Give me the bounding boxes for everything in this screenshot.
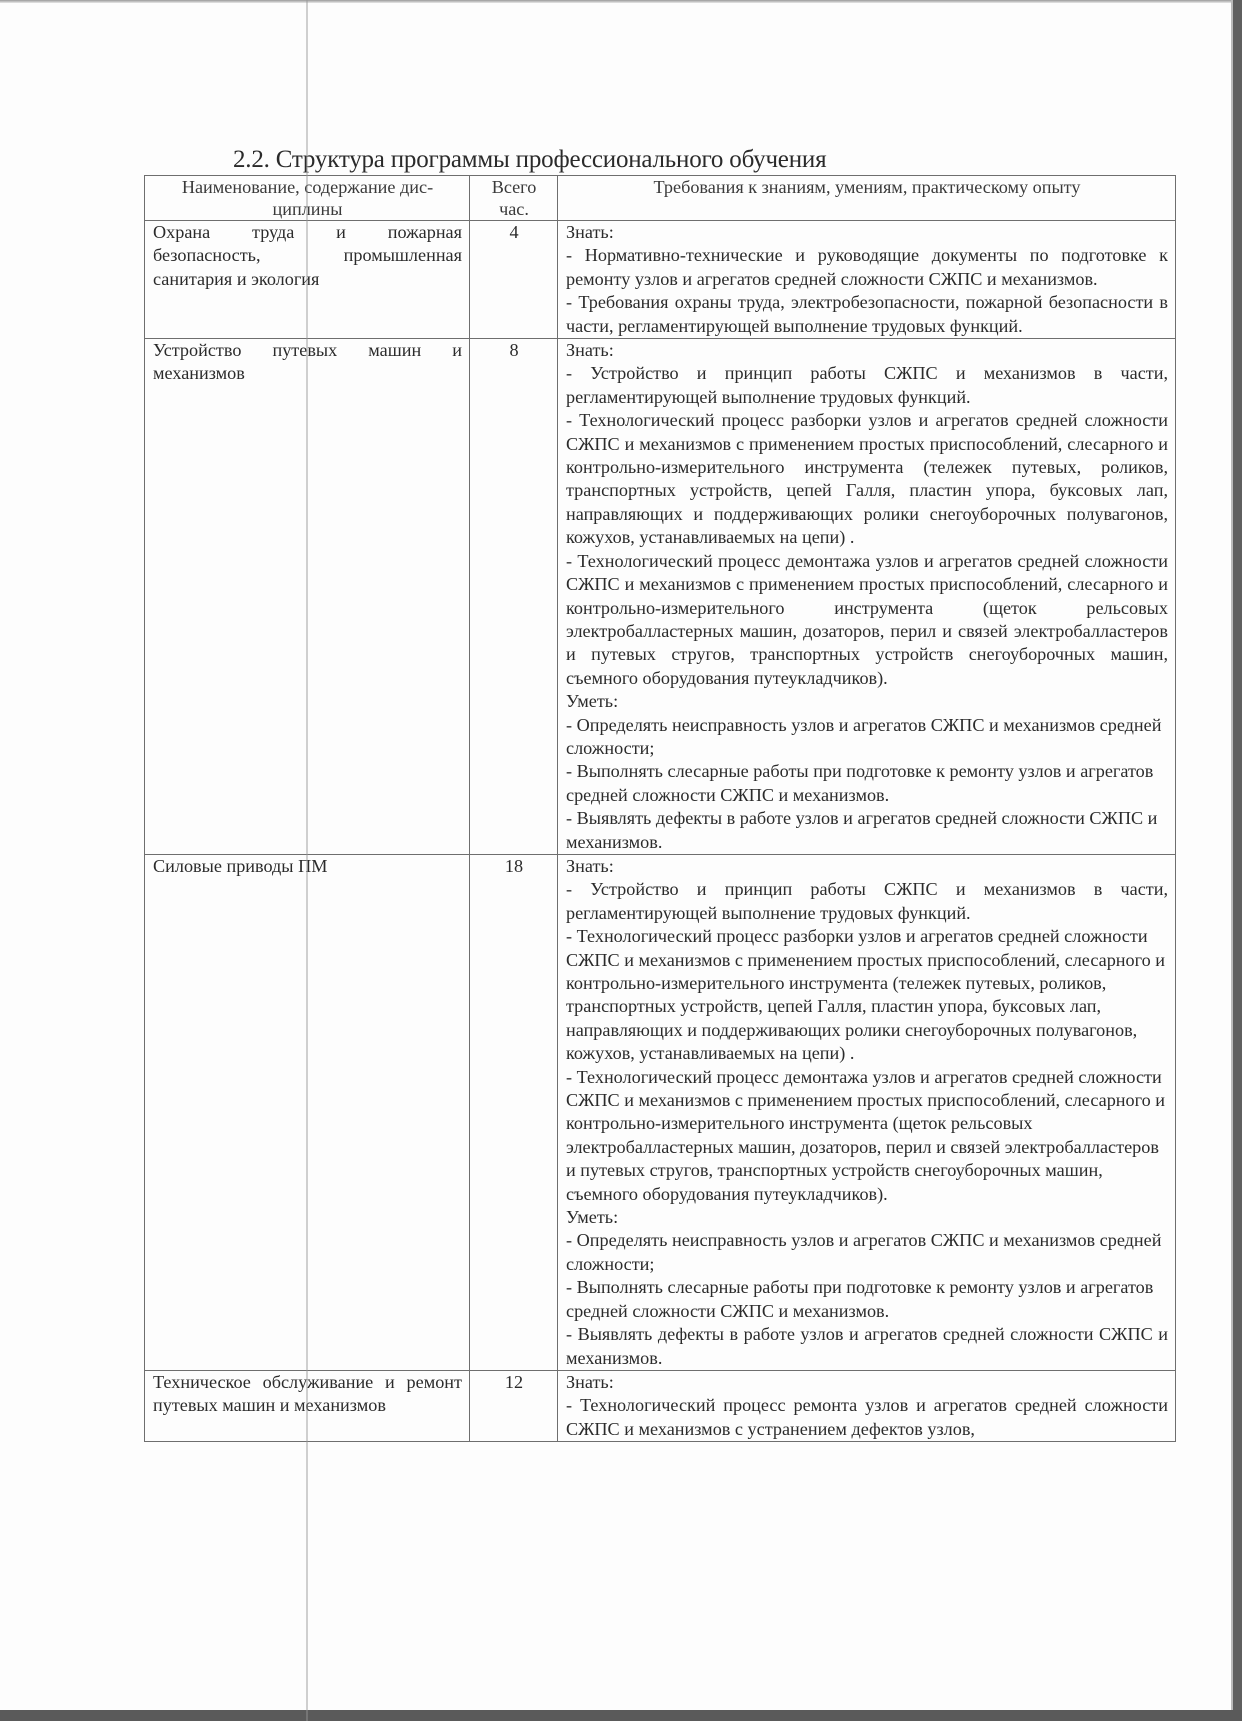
know-item: - Технологический процесс разборки узлов…: [566, 409, 1168, 549]
know-item: - Нормативно-технические и руководящие д…: [566, 244, 1168, 291]
header-hours: Всего час.: [470, 176, 558, 221]
know-item: - Технологический процесс демонтажа узло…: [566, 1066, 1168, 1206]
scan-edge-bottom: [0, 1710, 1242, 1721]
know-item: - Технологический процесс разборки узлов…: [566, 925, 1168, 1065]
know-item: - Технологический процесс демонтажа узло…: [566, 550, 1168, 690]
can-item: - Определять неисправность узлов и агрег…: [566, 714, 1168, 761]
know-item: - Устройство и принцип работы СЖПС и мех…: [566, 878, 1168, 925]
discipline-hours: 8: [470, 339, 558, 855]
can-item: - Выполнять слесарные работы при подгото…: [566, 760, 1168, 807]
table-row: Охрана труда и пожарная безопасность, пр…: [145, 221, 1176, 339]
discipline-name: Устройство путевых машин и механизмов: [145, 339, 470, 855]
know-label: Знать:: [566, 221, 1168, 244]
discipline-hours: 12: [470, 1370, 558, 1441]
can-label: Уметь:: [566, 690, 1168, 713]
scan-edge-top: [0, 0, 1242, 3]
can-item: - Определять неисправность узлов и агрег…: [566, 1229, 1168, 1276]
table-row: Устройство путевых машин и механизмов 8 …: [145, 339, 1176, 855]
requirements-cell: Знать: - Технологический процесс ремонта…: [558, 1370, 1176, 1441]
table-row: Техническое обслуживание и ремонт путевы…: [145, 1370, 1176, 1441]
discipline-hours: 4: [470, 221, 558, 339]
scanned-page: 2.2. Структура программы профессионально…: [0, 0, 1242, 1721]
know-label: Знать:: [566, 855, 1168, 878]
scan-edge-right: [1233, 0, 1242, 1721]
header-name: Наименование, содержание дис-циплины: [145, 176, 470, 221]
header-requirements: Требования к знаниям, умениям, практичес…: [558, 176, 1176, 221]
discipline-name: Охрана труда и пожарная безопасность, пр…: [145, 221, 470, 339]
requirements-cell: Знать: - Устройство и принцип работы СЖП…: [558, 339, 1176, 855]
know-item: - Устройство и принцип работы СЖПС и мех…: [566, 362, 1168, 409]
table-header-row: Наименование, содержание дис-циплины Все…: [145, 176, 1176, 221]
know-item: - Требования охраны труда, электробезопа…: [566, 291, 1168, 338]
discipline-name: Техническое обслуживание и ремонт путевы…: [145, 1370, 470, 1441]
section-title: 2.2. Структура программы профессионально…: [233, 146, 826, 174]
know-label: Знать:: [566, 1371, 1168, 1394]
table-row: Силовые приводы ПМ 18 Знать: - Устройств…: [145, 854, 1176, 1370]
can-label: Уметь:: [566, 1206, 1168, 1229]
discipline-hours: 18: [470, 854, 558, 1370]
discipline-name: Силовые приводы ПМ: [145, 854, 470, 1370]
can-item: - Выявлять дефекты в работе узлов и агре…: [566, 807, 1168, 854]
can-item: - Выполнять слесарные работы при подгото…: [566, 1276, 1168, 1323]
can-item: - Выявлять дефекты в работе узлов и агре…: [566, 1323, 1168, 1370]
know-label: Знать:: [566, 339, 1168, 362]
program-structure-table: Наименование, содержание дис-циплины Все…: [144, 175, 1176, 1442]
know-item: - Технологический процесс ремонта узлов …: [566, 1394, 1168, 1441]
requirements-cell: Знать: - Нормативно-технические и руково…: [558, 221, 1176, 339]
requirements-cell: Знать: - Устройство и принцип работы СЖП…: [558, 854, 1176, 1370]
